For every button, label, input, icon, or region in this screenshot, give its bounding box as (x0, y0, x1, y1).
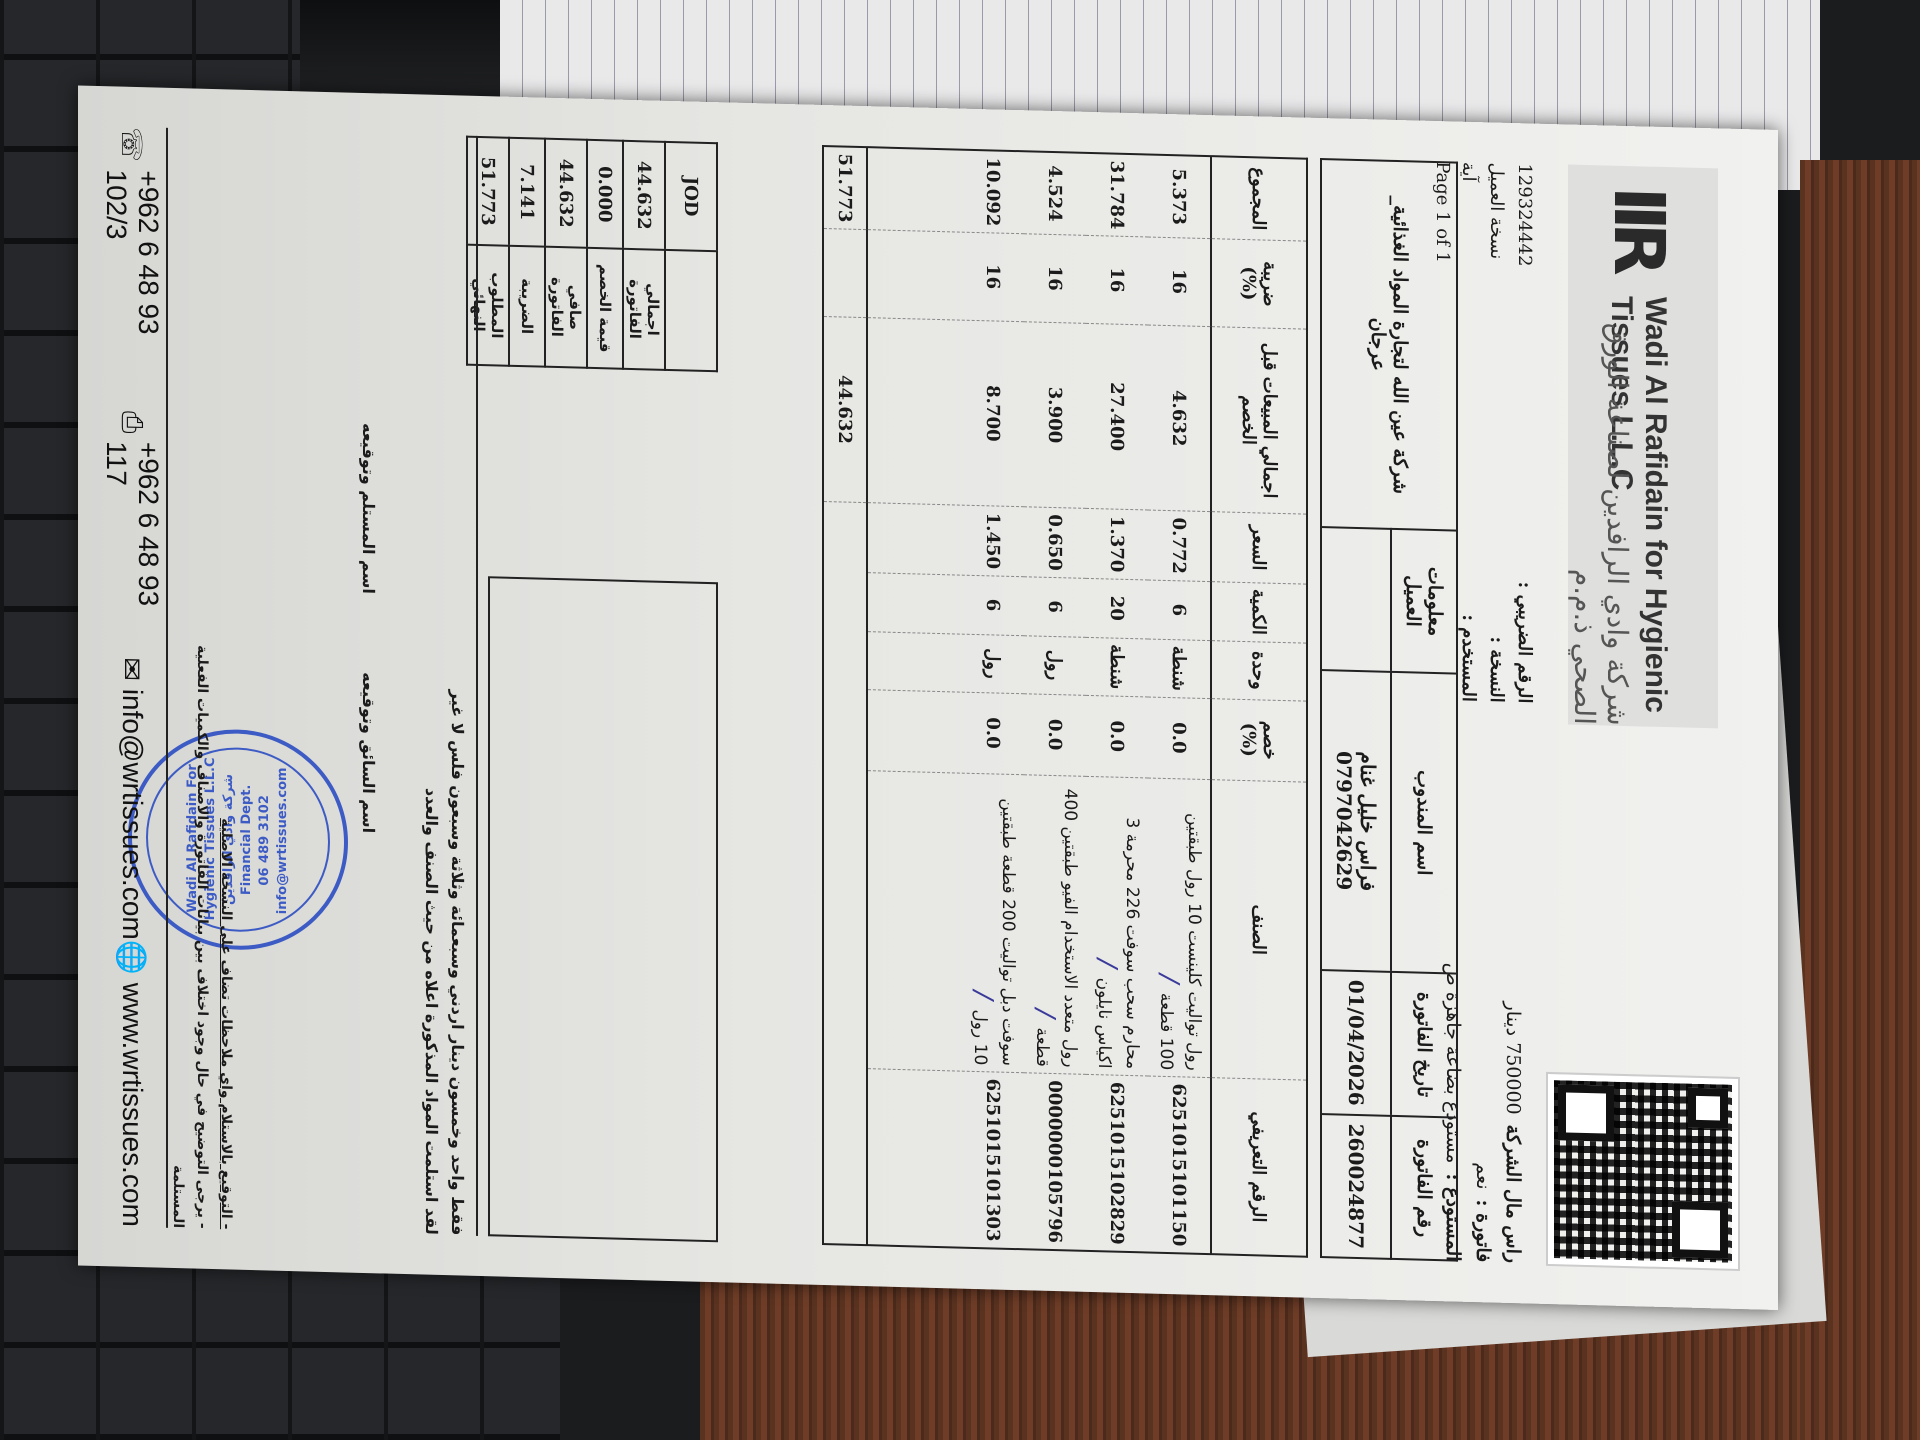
user-label: المستخدم : (1454, 614, 1482, 702)
driver-signature-label: اسم السائق وتوقيعه (359, 672, 378, 833)
item-desc-text: رول تواليت كلينست 10 رول طبقتين 100 قطعة (1156, 813, 1204, 1071)
item-desc: رول تواليت كلينست 10 رول طبقتين 100 قطعة… (1148, 778, 1211, 1078)
customer-info-value (1321, 527, 1391, 672)
stamp-phone: 06 489 3102 (256, 734, 274, 946)
totals-value: 0.000 (587, 140, 623, 249)
totals-label: صافي الفاتورة (545, 247, 587, 368)
item-total: 31.784 (1086, 153, 1148, 237)
totals-row: اجمالي الفاتورة44.632 (623, 141, 665, 370)
item-desc-text: رول متعدد الاستخدام الفيو طبقتين 400 قطع… (1032, 788, 1080, 1068)
totals-value: 44.632 (545, 139, 587, 248)
item-total: 5.373 (1148, 155, 1211, 239)
footnote-1: - التوقيع بالاستلام واي ملاحظات تضاف على… (214, 609, 238, 1230)
item-desc: محارم سحب سوفت 226 محرمة 3 اكياس نايلون/ (1086, 776, 1148, 1076)
col-tax: ضريبة (%) (1211, 239, 1307, 329)
item-qty: 20 (1086, 578, 1148, 639)
copy-label: النسخة : (1482, 636, 1510, 703)
invoice-meta-table: رقم الفاتورة تاريخ الفاتورة اسم المندوب … (1320, 158, 1458, 1262)
item-code: 6251015102829 (1086, 1075, 1148, 1253)
invoice-sheet: راس مال الشركة750000 دينار فاتورة :نعم ا… (78, 85, 1778, 1310)
check-mark-icon: / (1030, 1008, 1060, 1018)
notes-box (488, 576, 718, 1242)
stamp-center-en: Financial Dept. (238, 734, 256, 946)
invoice-date-label: تاريخ الفاتورة (1391, 972, 1457, 1118)
item-qty: 6 (867, 572, 1024, 635)
footnote-2: - يرجى التوضيح في حال وجود اختلاف بين بي… (166, 608, 214, 1229)
amount-words-text: فقط واحد وخمسون دينار اردني وسبعمائة وثل… (444, 135, 470, 1236)
customer-info-label: معلومات العميل (1391, 529, 1457, 674)
totals-row: قيمة الخصم0.000 (587, 140, 623, 369)
col-total: المجموع (1211, 156, 1307, 241)
item-unit: شنطة (1148, 639, 1211, 699)
totals-table: JOD اجمالي الفاتورة44.632قيمة الخصم0.000… (466, 136, 718, 373)
company-name-ar: شركة وادي الرافدين لصناعة الورق الصحي ذ.… (1568, 295, 1634, 727)
contact-email: ✉info@wrtissues.com (116, 657, 149, 940)
stamp-email: info@wrtissues.com (274, 735, 292, 947)
item-price: 1.450 (867, 503, 1024, 576)
item-desc-text: محارم سحب سوفت 226 محرمة 3 اكياس نايلون (1094, 817, 1142, 1069)
company-logo-icon: IIR (1598, 185, 1680, 269)
invoice-number: 260024877 (1321, 1114, 1391, 1259)
item-price: 1.370 (1086, 509, 1148, 580)
item-discount: 0.0 (1024, 693, 1086, 776)
check-mark-icon: / (968, 990, 998, 1000)
item-unit: رول (1024, 635, 1086, 695)
check-mark-icon: / (1154, 974, 1184, 984)
totals-row: الضريبة7.141 (509, 138, 545, 367)
item-desc-text: سوفت دبل تواليت 200 قطعة طبقتين 10 رول (970, 798, 1018, 1066)
item-qty: 6 (1148, 580, 1211, 641)
item-unit: شنطة (1086, 637, 1148, 697)
item-tax: 16 (1086, 235, 1148, 324)
capital-label: راس مال الشركة (1502, 1124, 1524, 1263)
col-unit: وحدة (1211, 640, 1307, 700)
invoice-flag-value: نعم (1472, 1162, 1494, 1190)
globe-icon: 🌐 (116, 939, 149, 975)
item-code: 0000000105796 (1024, 1073, 1086, 1251)
salesman-label: اسم المندوب (1391, 672, 1457, 973)
copy-value: نسخة العميل (1482, 162, 1510, 259)
salesman-phone: 0797042629 (1332, 751, 1356, 891)
item-discount: 0.0 (1086, 695, 1148, 778)
item-desc: رول متعدد الاستخدام الفيو طبقتين 400 قطع… (1024, 774, 1086, 1074)
invoice-photo: راس مال الشركة750000 دينار فاتورة :نعم ا… (78, 130, 1778, 1330)
fax-icon: ⎙ (116, 411, 149, 434)
footnotes: - التوقيع بالاستلام واي ملاحظات تضاف على… (166, 608, 238, 1230)
amount-in-words: فقط واحد وخمسون دينار اردني وسبعمائة وثل… (418, 134, 478, 1236)
check-mark-icon: / (1092, 959, 1122, 969)
item-total: 10.092 (867, 147, 1024, 234)
phone-icon: ☏ (116, 126, 149, 162)
totals-label: الضريبة (509, 246, 545, 367)
invoice-number-label: رقم الفاتورة (1391, 1116, 1457, 1261)
col-subtotal: اجمالي المبيعات قبل الخصم (1211, 326, 1307, 514)
received-statement: لقد استلمت المواد المذكورة اعلاه من حيث … (418, 134, 444, 1235)
contact-phone: ☏+962 6 48 93 102/3 (100, 126, 164, 412)
table-row: 0000000105796رول متعدد الاستخدام الفيو ط… (1024, 151, 1086, 1251)
receiver-signature-label: اسم المستلم وتوقيعه (359, 423, 378, 594)
currency: JOD (665, 142, 717, 251)
qr-code (1548, 1074, 1738, 1269)
document-info: الرقم الضريبي :129324442 النسخة :نسخة ال… (1454, 162, 1538, 704)
totals-label: اجمالي الفاتورة (623, 249, 665, 370)
contact-fax: ⎙+962 6 48 93 117 (100, 410, 164, 658)
items-total: 51.773 (823, 146, 867, 230)
item-subtotal: 8.700 (867, 317, 1024, 507)
item-code: 6251015101303 (867, 1069, 1024, 1249)
company-brand: IIR Wadi Al Rafidain for Hygienic Tissue… (1568, 165, 1718, 729)
table-row: 6251015101303سوفت دبل تواليت 200 قطعة طب… (867, 147, 1024, 1249)
invoice-date: 01/04/2026 (1321, 970, 1391, 1116)
col-desc: الصنف (1211, 779, 1307, 1080)
item-price: 0.772 (1148, 510, 1211, 581)
invoice-header: راس مال الشركة750000 دينار فاتورة :نعم ا… (1478, 162, 1738, 1269)
item-total: 4.524 (1024, 151, 1086, 235)
user-value: آية (1454, 162, 1482, 182)
col-code: الرقم التعريفي (1211, 1078, 1307, 1257)
item-subtotal: 4.632 (1148, 325, 1211, 512)
item-unit: رول (867, 631, 1024, 693)
mail-icon: ✉ (116, 657, 149, 681)
item-qty: 6 (1024, 576, 1086, 637)
col-price: السعر (1211, 512, 1307, 584)
item-subtotal: 3.900 (1024, 321, 1086, 508)
item-tax: 16 (1024, 234, 1086, 323)
tax-number-value: 129324442 (1510, 163, 1538, 267)
item-discount: 0.0 (1148, 697, 1211, 780)
col-discount: خصم (%) (1211, 698, 1307, 782)
items-subtotal: 44.632 (823, 316, 867, 503)
item-tax: 16 (867, 230, 1024, 322)
totals-label: قيمة الخصم (587, 248, 623, 369)
table-row: 6251015101150رول تواليت كلينست 10 رول طب… (1148, 155, 1211, 1255)
customer-name: شركة عين الله لتجارة المواد الغذائية_ عر… (1321, 159, 1457, 530)
item-discount: 0.0 (867, 689, 1024, 774)
table-row: 6251015102829محارم سحب سوفت 226 محرمة 3 … (1086, 153, 1148, 1253)
tax-number-label: الرقم الضريبي : (1510, 581, 1538, 703)
item-price: 0.650 (1024, 507, 1086, 578)
capital-value: 750000 دينار (1502, 1001, 1524, 1115)
totals-value: 44.632 (623, 141, 665, 250)
item-subtotal: 27.400 (1086, 323, 1148, 510)
totals-value: 7.141 (509, 138, 545, 247)
totals-row: صافي الفاتورة44.632 (545, 139, 587, 368)
contact-website: 🌐www.wrtissues.com (116, 939, 149, 1227)
salesman-name: فراس خليل غنام 0797042629 (1321, 670, 1391, 971)
col-qty: الكمية (1211, 581, 1307, 642)
contact-footer: ☏+962 6 48 93 102/3 ⎙+962 6 48 93 117 ✉i… (98, 126, 168, 1228)
item-desc: سوفت دبل تواليت 200 قطعة طبقتين 10 رول/ (867, 770, 1024, 1073)
salesman: فراس خليل غنام (1356, 751, 1380, 891)
invoice-flag-label: فاتورة : (1472, 1199, 1494, 1262)
item-code: 6251015101150 (1148, 1076, 1211, 1254)
items-table: الرقم التعريفي الصنف خصم (%) وحدة الكمية… (822, 145, 1308, 1258)
item-tax: 16 (1148, 237, 1211, 326)
